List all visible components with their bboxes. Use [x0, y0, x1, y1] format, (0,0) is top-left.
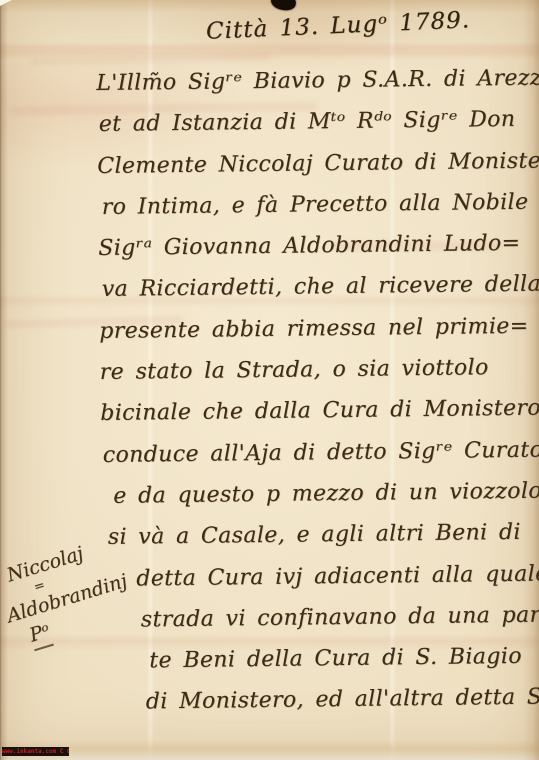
manuscript-line: L'Illm̃o Sigʳᵉ Biavio p S.A.R. di Arezzo	[96, 58, 535, 105]
manuscript-line: et ad Istanzia di Mᵗᵒ Rᵈᵒ Sigʳᵉ Don	[99, 99, 536, 146]
manuscript-line: ro Intima, e fà Precetto alla Nobile	[102, 182, 537, 229]
ink-blot-stain	[270, 0, 297, 12]
manuscript-line: di Monistero, ed all'altra detta Sigʳᵃ	[146, 677, 539, 723]
margin-note-abbrev: Pᵒ	[27, 619, 54, 652]
manuscript-line: detta Cura ivj adiacenti alla quale	[136, 553, 539, 599]
manuscript-line: presente abbia rimessa nel primie=	[99, 305, 538, 352]
manuscript-line: te Beni della Cura di S. Biagio	[149, 636, 539, 682]
seller-watermark: www.inkanta.com C 09275	[2, 747, 69, 756]
manuscript-scan: Città 13. Lugᵒ 1789. L'Illm̃o Sigʳᵉ Biav…	[0, 0, 539, 760]
manuscript-line: Clemente Niccolaj Curato di Moniste=	[97, 140, 536, 187]
manuscript-line: si và a Casale, e agli altri Beni di	[108, 512, 539, 559]
torn-corner	[0, 0, 12, 6]
manuscript-line: Sigʳᵃ Giovanna Aldobrandini Ludo=	[98, 223, 537, 270]
manuscript-line: bicinale che dalla Cura di Monistero	[100, 388, 539, 435]
dateline: Città 13. Lugᵒ 1789.	[206, 7, 471, 44]
manuscript-line: e da questo p mezzo di un viozzolo	[113, 471, 539, 518]
manuscript-line: re stato la Strada, o sia viottolo	[100, 347, 539, 394]
manuscript-line: va Ricciardetti, che al ricevere della	[102, 264, 538, 311]
letter-body: L'Illm̃o Sigʳᵉ Biavio p S.A.R. di Arezzo…	[96, 58, 539, 724]
manuscript-line: conduce all'Aja di detto Sigʳᵉ Curato,	[103, 429, 539, 476]
manuscript-line: strada vi confinavano da una par=	[141, 594, 539, 640]
